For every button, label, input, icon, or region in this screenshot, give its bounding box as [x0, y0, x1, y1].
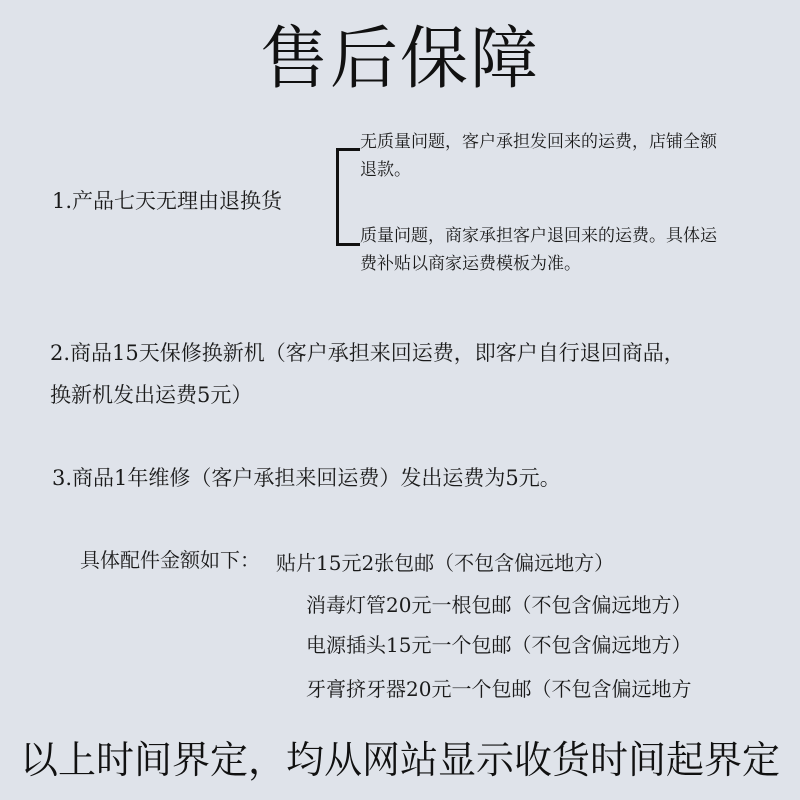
page-title: 售后保障 [0, 18, 800, 102]
condition-line: 退款。 [360, 156, 717, 184]
policy-2: 2.商品15天保修换新机（客户承担来回运费，即客户自行退回商品， 换新机发出运费… [50, 332, 685, 416]
condition-line: 无质量问题，客户承担发回来的运费，店铺全额 [360, 128, 717, 156]
policy-1-condition-quality-issue: 质量问题，商家承担客户退回来的运费。具体运 费补贴以商家运费模板为准。 [360, 222, 717, 278]
policy-line: 2.商品15天保修换新机（客户承担来回运费，即客户自行退回商品， [50, 332, 685, 374]
policy-3: 3.商品1年维修（客户承担来回运费）发出运费为5元。 [52, 462, 561, 494]
condition-line: 费补贴以商家运费模板为准。 [360, 250, 717, 278]
bracket-divider [336, 148, 360, 246]
condition-line: 质量问题，商家承担客户退回来的运费。具体运 [360, 222, 717, 250]
parts-label: 具体配件金额如下： [80, 544, 260, 576]
parts-item: 牙膏挤牙器20元一个包邮（不包含偏远地方 [306, 670, 691, 708]
footer-note: 以上时间界定，均从网站显示收货时间起界定 [0, 730, 800, 790]
policy-1-condition-no-quality-issue: 无质量问题，客户承担发回来的运费，店铺全额 退款。 [360, 128, 717, 184]
parts-item: 消毒灯管20元一根包邮（不包含偏远地方） [306, 586, 691, 624]
policy-1-label: 1.产品七天无理由退换货 [52, 186, 282, 216]
policy-line: 换新机发出运费5元） [50, 374, 685, 416]
parts-item: 贴片15元2张包邮（不包含偏远地方） [276, 544, 614, 582]
parts-item: 电源插头15元一个包邮（不包含偏远地方） [306, 626, 691, 664]
